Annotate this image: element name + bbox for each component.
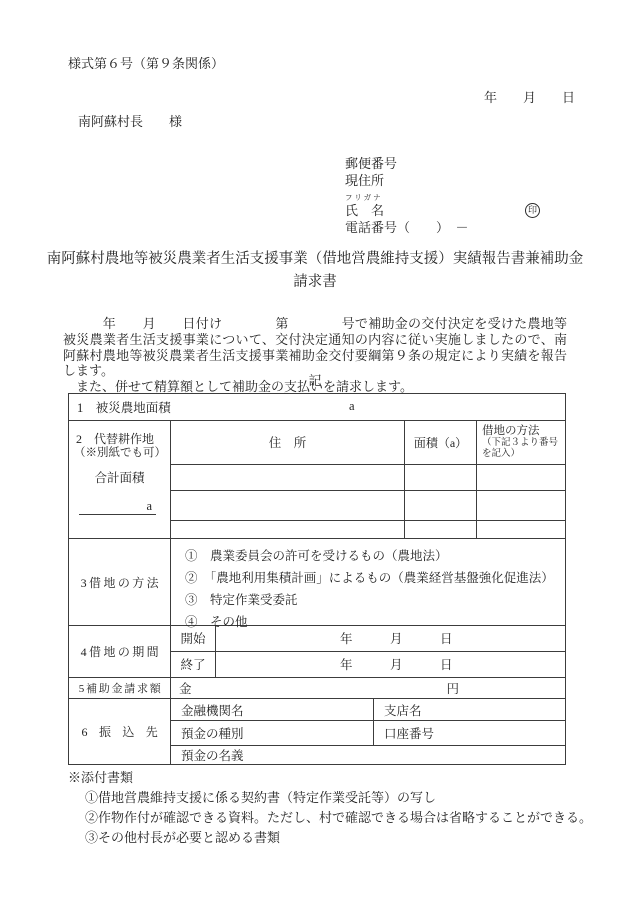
lease-period-start-row: 開始 年 月 日: [171, 626, 565, 652]
address-column-header: 住 所: [171, 421, 405, 464]
address-input-cell: [171, 491, 405, 520]
attachment-item-3: ③その他村長が必要と認める書類: [85, 828, 592, 848]
end-label: 終了: [171, 652, 216, 677]
table-row-subsidy-amount: 5 補 助 金 請 求 額 金 円: [69, 678, 565, 699]
attachment-item-2: ②作物作付が確認できる資料。ただし、村で確認できる場合は省略することができる。: [85, 808, 592, 828]
start-date-cell: 年 月 日: [216, 626, 565, 651]
table-row-lease-method: 3 借 地 の 方 法 ① 農業委員会の許可を受けるもの（農地法） ② 「農地利…: [69, 539, 565, 626]
bank-row: 金融機関名 支店名: [171, 699, 565, 721]
lease-method-option-2: ② 「農地利用集積計画」によるもの（農業経営基盤強化促進法）: [185, 567, 565, 589]
account-type-label: 預金の種別: [171, 721, 374, 745]
date-line: 年 月 日: [484, 87, 575, 106]
form-number: 様式第６号（第９条関係）: [68, 53, 224, 72]
lease-method-label: 3 借 地 の 方 法: [81, 574, 159, 591]
substitute-land-label-cell: 2 代替耕作地 （※別紙でも可） 合計面積 a: [69, 421, 171, 538]
form-table: 1 被災農地面積 a 2 代替耕作地 （※別紙でも可） 合計面積 a 住 所 面…: [68, 393, 566, 765]
lease-method-label-cell: 3 借 地 の 方 法: [69, 539, 171, 625]
ki-heading: 記: [63, 370, 567, 389]
attachments-heading: ※添付書類: [68, 768, 592, 788]
total-area-underline: a: [79, 499, 156, 515]
table-row-damaged-area: 1 被災農地面積 a: [69, 394, 565, 421]
branch-name-label: 支店名: [374, 699, 565, 720]
account-name-row: 預金の名義: [171, 746, 565, 764]
substitute-land-entry-row: [171, 465, 565, 492]
substitute-land-grid: 住 所 面積（a） 借地の方法 （下記３より番号を記入）: [171, 421, 565, 538]
lease-period-label: 4 借 地 の 期 間: [81, 643, 159, 660]
method-header-note: （下記３より番号を記入）: [482, 438, 561, 460]
subsidy-amount-label: 5 補 助 金 請 求 額: [79, 680, 161, 696]
name-label: 氏 名: [345, 203, 384, 218]
substitute-land-header-row: 住 所 面積（a） 借地の方法 （下記３より番号を記入）: [171, 421, 565, 465]
lease-method-options: ① 農業委員会の許可を受けるもの（農地法） ② 「農地利用集積計画」によるもの（…: [171, 539, 565, 625]
seal-text: 印: [528, 206, 537, 215]
lease-method-option-3: ③ 特定作業受委託: [185, 589, 565, 611]
document-page: 様式第６号（第９条関係） 年 月 日 南阿蘇村長 様 郵便番号 現住所 フリガナ…: [0, 0, 630, 915]
method-input-cell: [477, 465, 565, 491]
address-input-cell: [171, 465, 405, 491]
transfer-account-label-cell: 6 振 込 先: [69, 699, 171, 764]
table-row-transfer-account: 6 振 込 先 金融機関名 支店名 預金の種別 口座番号 預金の名義: [69, 699, 565, 764]
attachment-item-1: ①借地営農維持支援に係る契約書（特定作業受託等）の写し: [85, 788, 592, 808]
attachments-block: ※添付書類 ①借地営農維持支援に係る契約書（特定作業受託等）の写し ②作物作付が…: [68, 768, 592, 848]
address-input-cell: [171, 521, 405, 538]
total-area-label: 合計面積: [69, 471, 170, 485]
current-address-label: 現住所: [345, 172, 469, 189]
damaged-area-unit: a: [349, 399, 355, 414]
account-type-row: 預金の種別 口座番号: [171, 721, 565, 746]
postal-code-label: 郵便番号: [345, 155, 469, 172]
addressee: 南阿蘇村長 様: [78, 111, 182, 130]
document-title: 南阿蘇村農地等被災農業者生活支援事業（借地営農維持支援）実績報告書兼補助金請求書: [45, 248, 585, 293]
seal-icon: 印: [525, 203, 540, 218]
account-number-label: 口座番号: [374, 721, 565, 745]
table-row-lease-period: 4 借 地 の 期 間 開始 年 月 日 終了 年 月 日: [69, 626, 565, 678]
lease-method-option-1: ① 農業委員会の許可を受けるもの（農地法）: [185, 545, 565, 567]
damaged-area-label: 1 被災農地面積: [69, 398, 171, 416]
account-name-label: 預金の名義: [171, 746, 565, 764]
name-line: 氏 名 印: [345, 202, 469, 219]
area-input-cell: [405, 465, 477, 491]
subsidy-amount-cell: 金 円: [171, 678, 565, 698]
substitute-land-entry-row: [171, 491, 565, 521]
furigana-label: フリガナ: [345, 193, 469, 202]
method-input-cell: [477, 491, 565, 520]
lease-period-grid: 開始 年 月 日 終了 年 月 日: [171, 626, 565, 677]
applicant-block: 郵便番号 現住所 フリガナ 氏 名 印 電話番号（ ） －: [345, 155, 469, 236]
area-input-cell: [405, 521, 477, 538]
end-date-cell: 年 月 日: [216, 652, 565, 677]
substitute-land-note: （※別紙でも可）: [69, 446, 170, 460]
area-column-header: 面積（a）: [405, 421, 477, 464]
yen-prefix: 金: [179, 679, 192, 697]
area-input-cell: [405, 491, 477, 520]
method-input-cell: [477, 521, 565, 538]
substitute-land-entry-row: [171, 521, 565, 538]
method-header-title: 借地の方法: [482, 424, 561, 438]
substitute-land-label: 2 代替耕作地: [69, 432, 170, 446]
attachments-list: ①借地営農維持支援に係る契約書（特定作業受託等）の写し ②作物作付が確認できる資…: [85, 788, 592, 848]
start-label: 開始: [171, 626, 216, 651]
method-column-header: 借地の方法 （下記３より番号を記入）: [477, 421, 565, 464]
lease-period-end-row: 終了 年 月 日: [171, 652, 565, 677]
yen-suffix: 円: [447, 679, 460, 697]
lease-period-label-cell: 4 借 地 の 期 間: [69, 626, 171, 677]
transfer-account-label: 6 振 込 先: [82, 723, 158, 740]
bank-name-label: 金融機関名: [171, 699, 374, 720]
table-row-substitute-land: 2 代替耕作地 （※別紙でも可） 合計面積 a 住 所 面積（a） 借地の方法 …: [69, 421, 565, 539]
transfer-account-grid: 金融機関名 支店名 預金の種別 口座番号 預金の名義: [171, 699, 565, 764]
phone-label: 電話番号（ ） －: [345, 219, 469, 236]
subsidy-amount-label-cell: 5 補 助 金 請 求 額: [69, 678, 171, 698]
